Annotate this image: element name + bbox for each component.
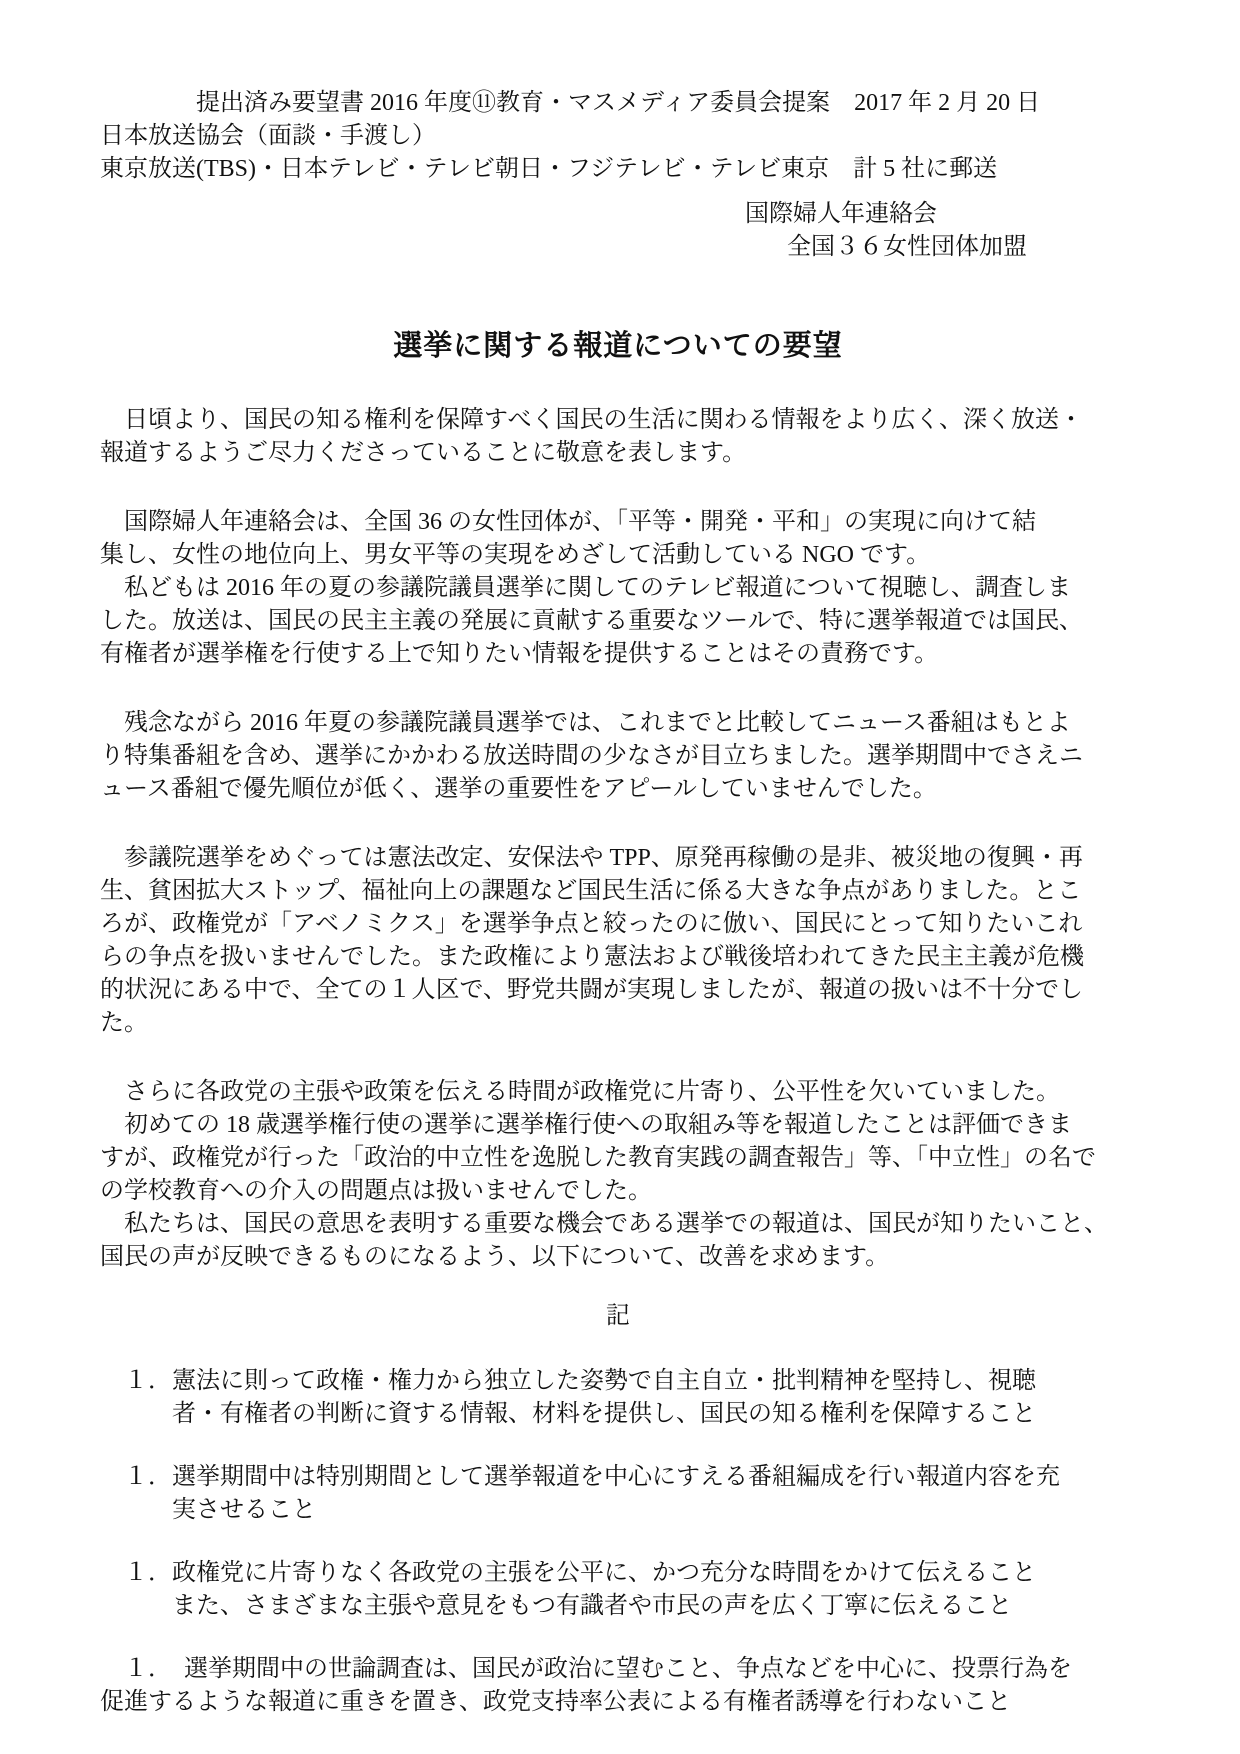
sender-affiliation: 全国３６女性団体加盟 bbox=[745, 231, 1136, 264]
recipient-broadcasters-line: 東京放送(TBS)・日本テレビ・テレビ朝日・フジテレビ・テレビ東京 計 5 社に… bbox=[100, 153, 1136, 186]
request-item-fair-coverage: １．政権党に片寄りなく各政党の主張を公平に、かつ充分な時間をかけて伝えること ま… bbox=[100, 1557, 1136, 1623]
request-item-opinion-polls: １． 選挙期間中の世論調査は、国民が政治に望むこと、争点などを中心に、投票行為を… bbox=[100, 1653, 1136, 1719]
paragraph-fairness-and-request: さらに各政党の主張や政策を伝える時間が政権党に片寄り、公平性を欠いていました。 … bbox=[100, 1076, 1136, 1274]
paragraph-greeting: 日頃より、国民の知る権利を保障すべく国民の生活に関わる情報をより広く、深く放送・… bbox=[100, 404, 1136, 470]
paragraph-broadcast-time-concern: 残念ながら 2016 年夏の参議院議員選挙では、これまでと比較してニュース番組は… bbox=[100, 707, 1136, 806]
request-item-list: １．憲法に則って政権・権力から独立した姿勢で自主自立・批判精神を堅持し、視聴 者… bbox=[100, 1365, 1136, 1719]
sender-block: 国際婦人年連絡会 全国３６女性団体加盟 bbox=[100, 198, 1136, 264]
document-header: 提出済み要望書 2016 年度⑪教育・マスメディア委員会提案 2017 年 2 … bbox=[100, 87, 1136, 186]
document-page: 提出済み要望書 2016 年度⑪教育・マスメディア委員会提案 2017 年 2 … bbox=[0, 0, 1240, 1754]
ki-marker: 記 bbox=[100, 1300, 1136, 1333]
document-title: 選挙に関する報道についての要望 bbox=[100, 324, 1136, 368]
request-item-independence: １．憲法に則って政権・権力から独立した姿勢で自主自立・批判精神を堅持し、視聴 者… bbox=[100, 1365, 1136, 1431]
recipient-nhk-line: 日本放送協会（面談・手渡し） bbox=[100, 120, 1136, 153]
sender-organization: 国際婦人年連絡会 bbox=[745, 198, 1136, 231]
request-item-special-period: １．選挙期間中は特別期間として選挙報道を中心にすえる番組編成を行い報道内容を充 … bbox=[100, 1461, 1136, 1527]
paragraph-organization-intro: 国際婦人年連絡会は、全国 36 の女性団体が、「平等・開発・平和」の実現に向けて… bbox=[100, 506, 1136, 671]
submission-note-line: 提出済み要望書 2016 年度⑪教育・マスメディア委員会提案 2017 年 2 … bbox=[100, 87, 1136, 120]
paragraph-election-issues: 参議院選挙をめぐっては憲法改定、安保法や TPP、原発再稼働の是非、被災地の復興… bbox=[100, 842, 1136, 1040]
